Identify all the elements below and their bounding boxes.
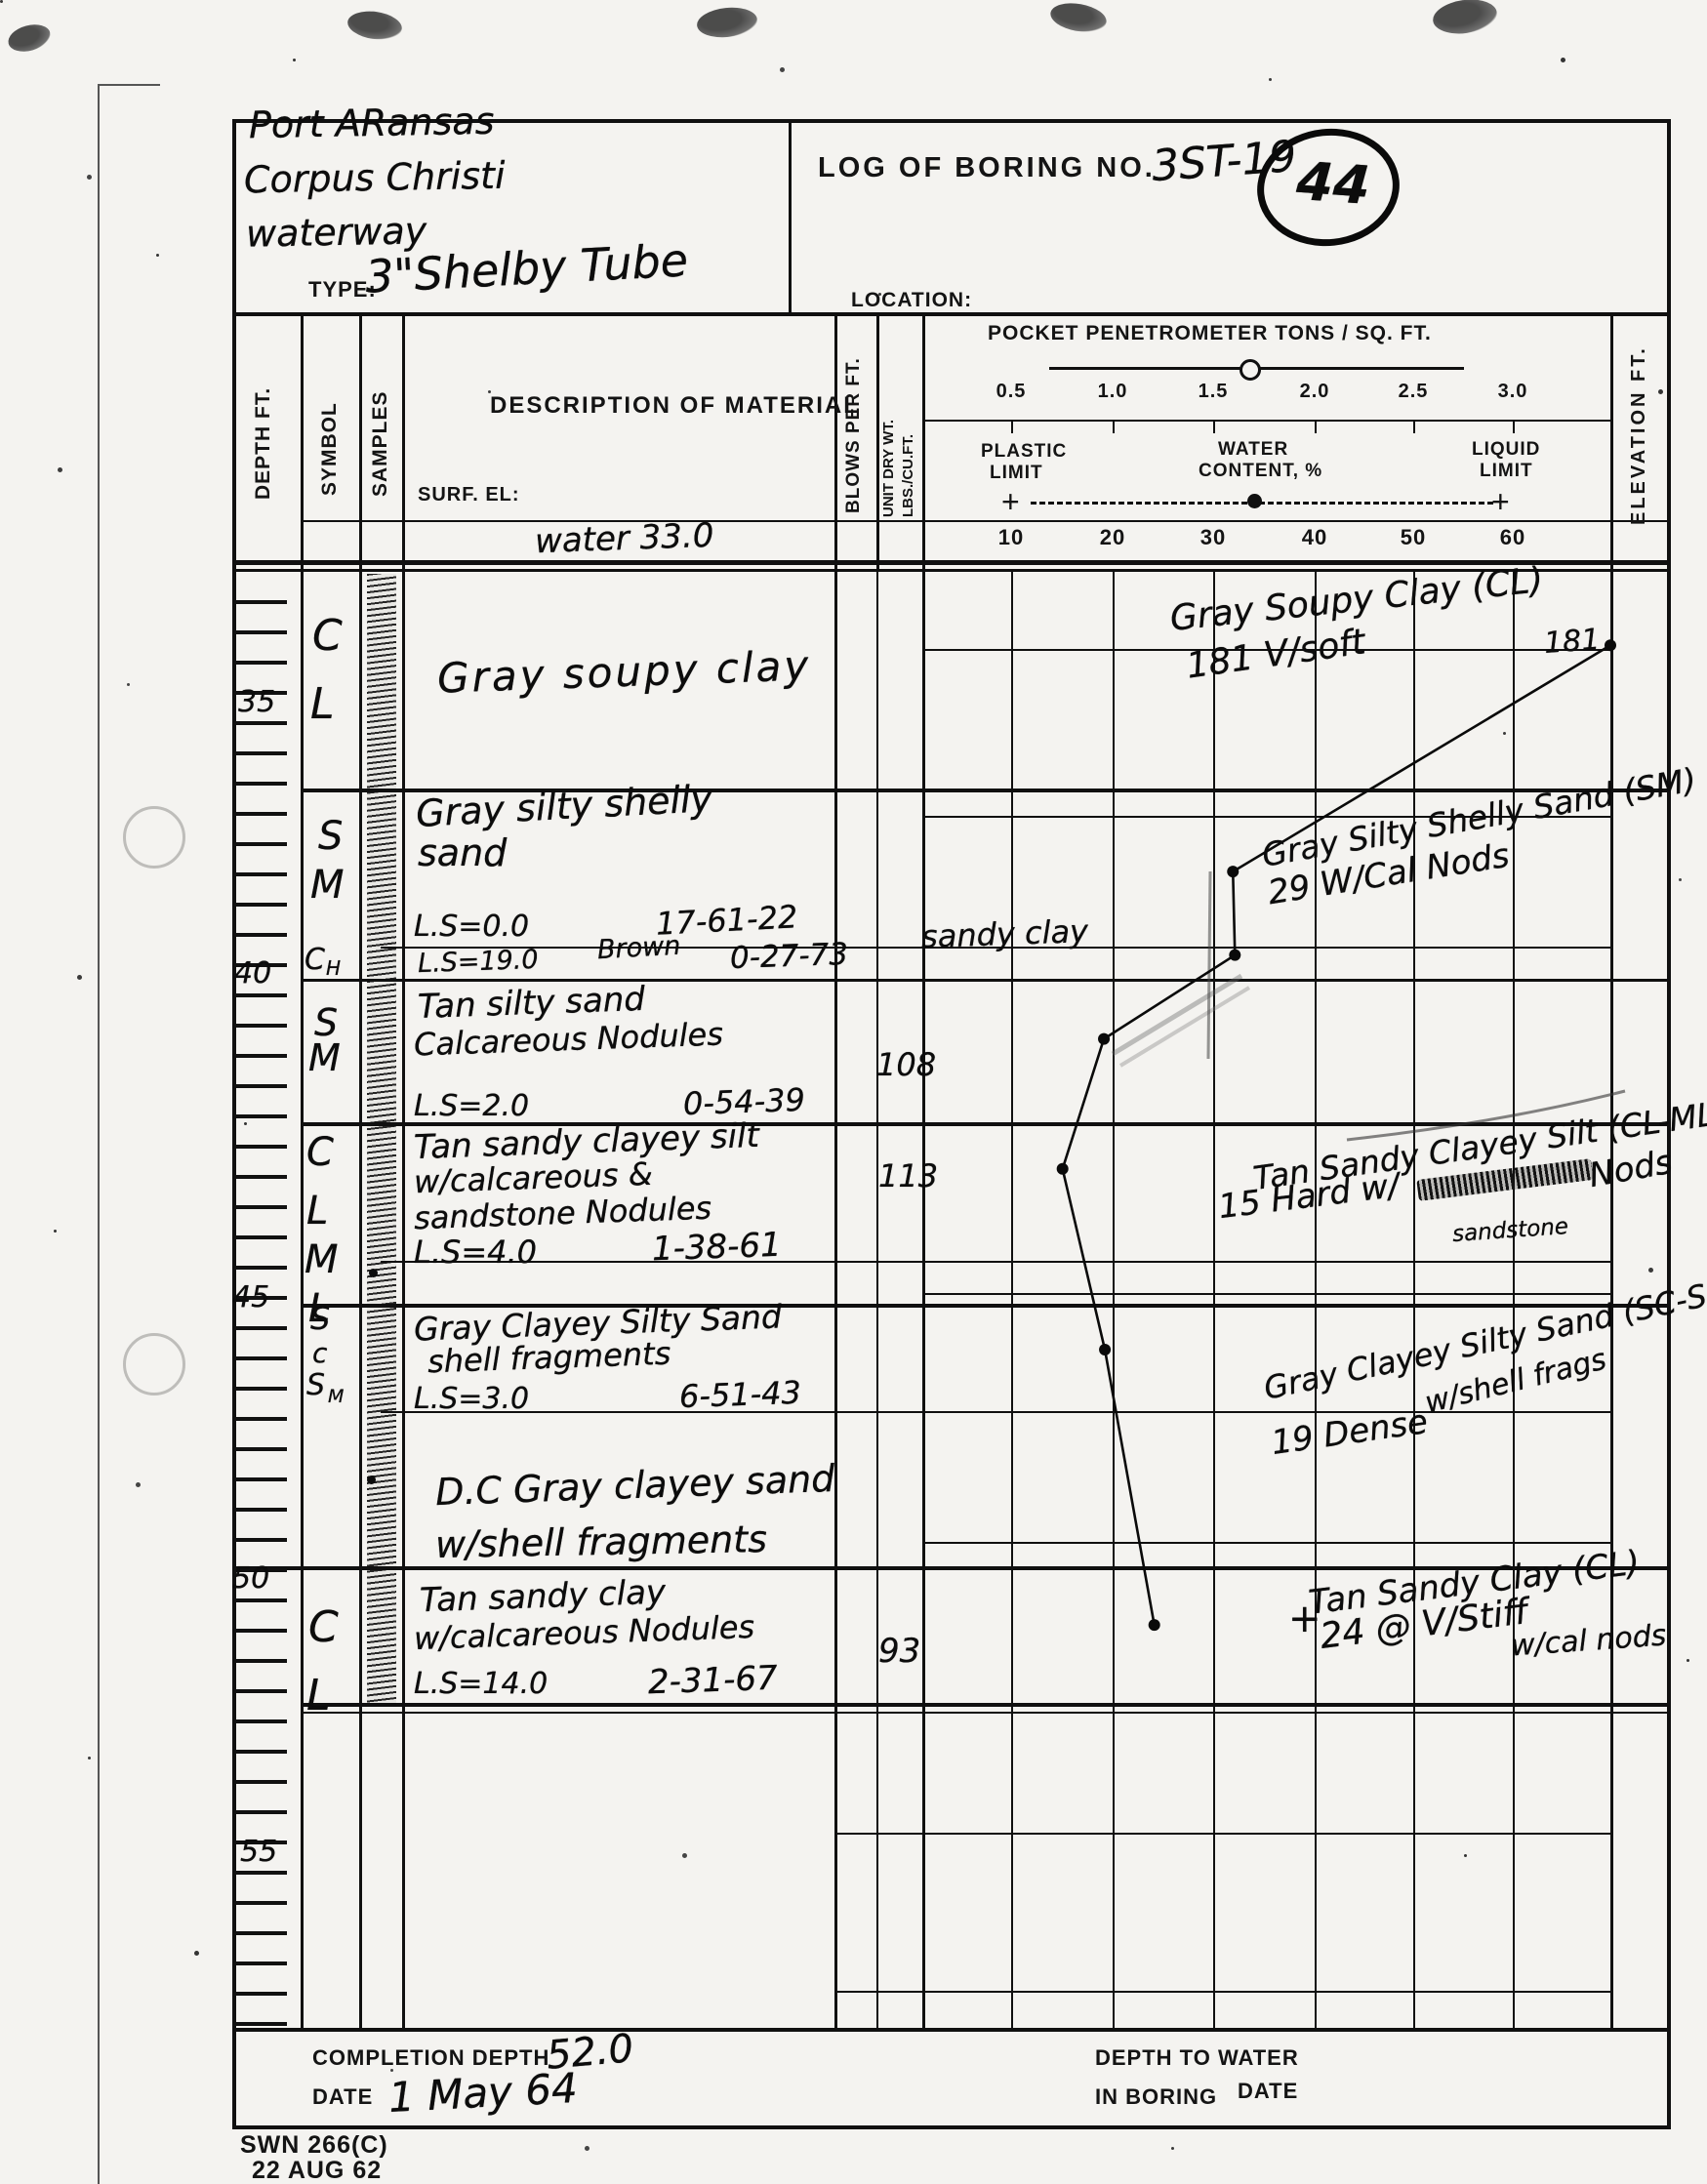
limits-dashed-line xyxy=(1031,502,1493,505)
liquid-limit-label-2: LIMIT xyxy=(1480,461,1533,482)
plus-mark: + xyxy=(1288,1597,1321,1641)
water-content-label-2: CONTENT, % xyxy=(1199,461,1322,482)
uscs-symbol: C xyxy=(312,611,343,661)
scan-speckles xyxy=(0,0,3,3)
project-name-line1: Port ARansas xyxy=(249,100,495,146)
uscs-symbol: C xyxy=(305,943,325,977)
grid-line xyxy=(922,420,1610,422)
grid-line xyxy=(834,312,837,569)
pen-scale-tick: 0.5 xyxy=(992,381,1031,403)
grading-value: 1-38-61 xyxy=(651,1226,782,1270)
project-name-line2: Corpus Christi xyxy=(244,154,506,202)
uscs-symbol: M xyxy=(328,1386,344,1407)
water-note: water 33.0 xyxy=(534,516,714,561)
tick xyxy=(1413,420,1415,433)
col-elevation-label: ELEVATION FT. xyxy=(1628,340,1650,525)
wc-scale-tick: 50 xyxy=(1400,525,1427,550)
depth-label-40: 40 xyxy=(234,956,271,991)
plastic-limit-plus-icon: + xyxy=(1001,484,1021,520)
grid-line xyxy=(402,312,405,569)
stratum-description: w/shell fragments xyxy=(435,1517,768,1566)
grid-line xyxy=(301,312,304,569)
unit-dry-wt-value: 93 xyxy=(878,1632,920,1671)
unit-dry-wt-value: 108 xyxy=(876,1046,936,1083)
form-revision-date: 22 AUG 62 xyxy=(252,2157,382,2184)
grid-line xyxy=(301,1712,1667,1714)
uscs-symbol: L xyxy=(306,1189,328,1234)
grading-value: 2-31-67 xyxy=(647,1659,778,1703)
pen-scale-tick: 3.0 xyxy=(1493,381,1532,403)
sample-dot xyxy=(367,1476,376,1484)
water-content-label-1: WATER xyxy=(1218,439,1288,461)
wc-scale-tick: 40 xyxy=(1301,525,1328,550)
grid-line xyxy=(232,560,1667,565)
tick xyxy=(1213,420,1215,433)
grid-line xyxy=(922,312,925,569)
uscs-symbol: L xyxy=(310,679,335,729)
scan-smudge xyxy=(1048,0,1109,36)
ls-value: L.S=3.0 xyxy=(414,1382,529,1416)
plot-gridline xyxy=(922,1542,1610,1544)
grading-value: 6-51-43 xyxy=(678,1374,801,1415)
grading-value: 0-27-73 xyxy=(729,937,848,976)
uscs-symbol: S xyxy=(318,814,343,859)
col-symbol-label: SYMBOL xyxy=(318,359,342,496)
page-edge-line xyxy=(98,84,160,86)
uscs-symbol: M xyxy=(305,1237,339,1282)
uscs-symbol: C xyxy=(308,1602,339,1652)
pen-scale-tick: 1.5 xyxy=(1194,381,1233,403)
pen-scale-tick: 2.0 xyxy=(1295,381,1334,403)
col-description-label: DESCRIPTION OF MATERIAL xyxy=(490,392,860,420)
scan-smudge xyxy=(5,20,53,57)
color-note: Brown xyxy=(596,931,681,965)
water-content-marker-icon xyxy=(1247,494,1262,508)
header-divider-line xyxy=(789,119,792,314)
pen-scale-tick: 2.5 xyxy=(1394,381,1433,403)
depth-label-45: 45 xyxy=(232,1280,269,1314)
liquid-limit-plus-icon: + xyxy=(1491,484,1511,520)
completion-date-label: DATE xyxy=(312,2084,373,2110)
plot-gridline xyxy=(834,1833,1610,1835)
penetrometer-title: POCKET PENETROMETER TONS / SQ. FT. xyxy=(988,322,1432,345)
form-title: LOG OF BORING NO. xyxy=(818,152,1156,184)
wc-scale-tick: 60 xyxy=(1499,525,1526,550)
uscs-symbol: H xyxy=(326,956,341,980)
stratum-boundary xyxy=(301,1703,1667,1707)
col-unit-label-2: LBS./CU.FT. xyxy=(900,344,916,517)
uscs-symbol: C xyxy=(306,1130,334,1175)
ls-value: L.S=4.0 xyxy=(414,1234,537,1271)
grid-line xyxy=(381,1261,1610,1263)
col-depth-label: DEPTH FT. xyxy=(252,353,275,500)
ls-value: L.S=2.0 xyxy=(414,1089,529,1123)
stratum-boundary xyxy=(301,979,1667,982)
surf-el-label: SURF. EL: xyxy=(418,484,520,506)
uscs-symbol: M xyxy=(308,1036,341,1079)
location-label: LOCATION: xyxy=(851,289,972,312)
pen-scale-tick: 1.0 xyxy=(1093,381,1132,403)
unit-dry-wt-value: 113 xyxy=(878,1157,938,1194)
scan-smudge xyxy=(696,5,759,40)
scan-smudge xyxy=(345,8,403,43)
tick xyxy=(1315,420,1317,433)
point-value-label: 181 xyxy=(1543,623,1602,661)
plot-gridline xyxy=(922,1293,1610,1295)
form-number: SWN 266(C) xyxy=(240,2131,388,2160)
tick xyxy=(1011,420,1013,433)
penetrometer-marker-icon xyxy=(1240,359,1261,381)
col-unit-label-1: UNIT DRY WT. xyxy=(880,344,897,517)
col-samples-label: SAMPLES xyxy=(369,355,392,497)
wc-scale-tick: 10 xyxy=(997,525,1025,550)
depth-label-55: 55 xyxy=(240,1835,277,1869)
grid-line xyxy=(232,312,1667,316)
stratum-description: sand xyxy=(418,831,507,874)
depth-label-50: 50 xyxy=(232,1561,269,1596)
sample-interval-strip xyxy=(367,574,396,1706)
grid-line xyxy=(876,312,879,569)
scanned-boring-log-page: Port ARansas Corpus Christi waterway LOG… xyxy=(0,0,1707,2184)
uscs-symbol: L xyxy=(306,1671,331,1720)
plastic-limit-label-1: PLASTIC xyxy=(981,441,1067,463)
ls-value: L.S=19.0 xyxy=(417,945,539,979)
hole-punch xyxy=(123,1333,185,1395)
grid-line xyxy=(232,2028,1667,2032)
liquid-limit-label-1: LIQUID xyxy=(1472,439,1540,461)
plastic-limit-label-2: LIMIT xyxy=(990,463,1043,484)
uscs-symbol: c xyxy=(312,1337,327,1369)
uscs-symbol: M xyxy=(310,863,345,908)
uscs-symbol: S xyxy=(310,1300,330,1337)
tick xyxy=(1113,420,1115,433)
grid-line xyxy=(301,520,1667,522)
ls-value: L.S=0.0 xyxy=(414,910,529,944)
col-blows-label: BLOWS PER FT. xyxy=(843,347,865,513)
sample-dot xyxy=(369,1269,378,1277)
date-label: DATE xyxy=(1238,2079,1298,2104)
annotation-text: sandy clay xyxy=(920,912,1088,955)
page-edge-line xyxy=(98,84,100,2184)
grid-line xyxy=(359,312,362,569)
completion-date-value: 1 May 64 xyxy=(387,2064,579,2122)
scan-smudge xyxy=(1431,0,1499,37)
hole-punch xyxy=(123,806,185,869)
plot-gridline xyxy=(834,1991,1610,1993)
tick xyxy=(1513,420,1515,433)
depth-to-water-label-1: DEPTH TO WATER xyxy=(1095,2045,1299,2071)
depth-to-water-label-2: IN BORING xyxy=(1095,2084,1217,2110)
sheet-number: 44 xyxy=(1294,150,1371,217)
depth-label-35: 35 xyxy=(238,685,275,719)
uscs-symbol: S xyxy=(306,1368,325,1402)
wc-scale-tick: 30 xyxy=(1199,525,1227,550)
wc-scale-tick: 20 xyxy=(1099,525,1126,550)
ls-value: L.S=14.0 xyxy=(414,1667,548,1701)
